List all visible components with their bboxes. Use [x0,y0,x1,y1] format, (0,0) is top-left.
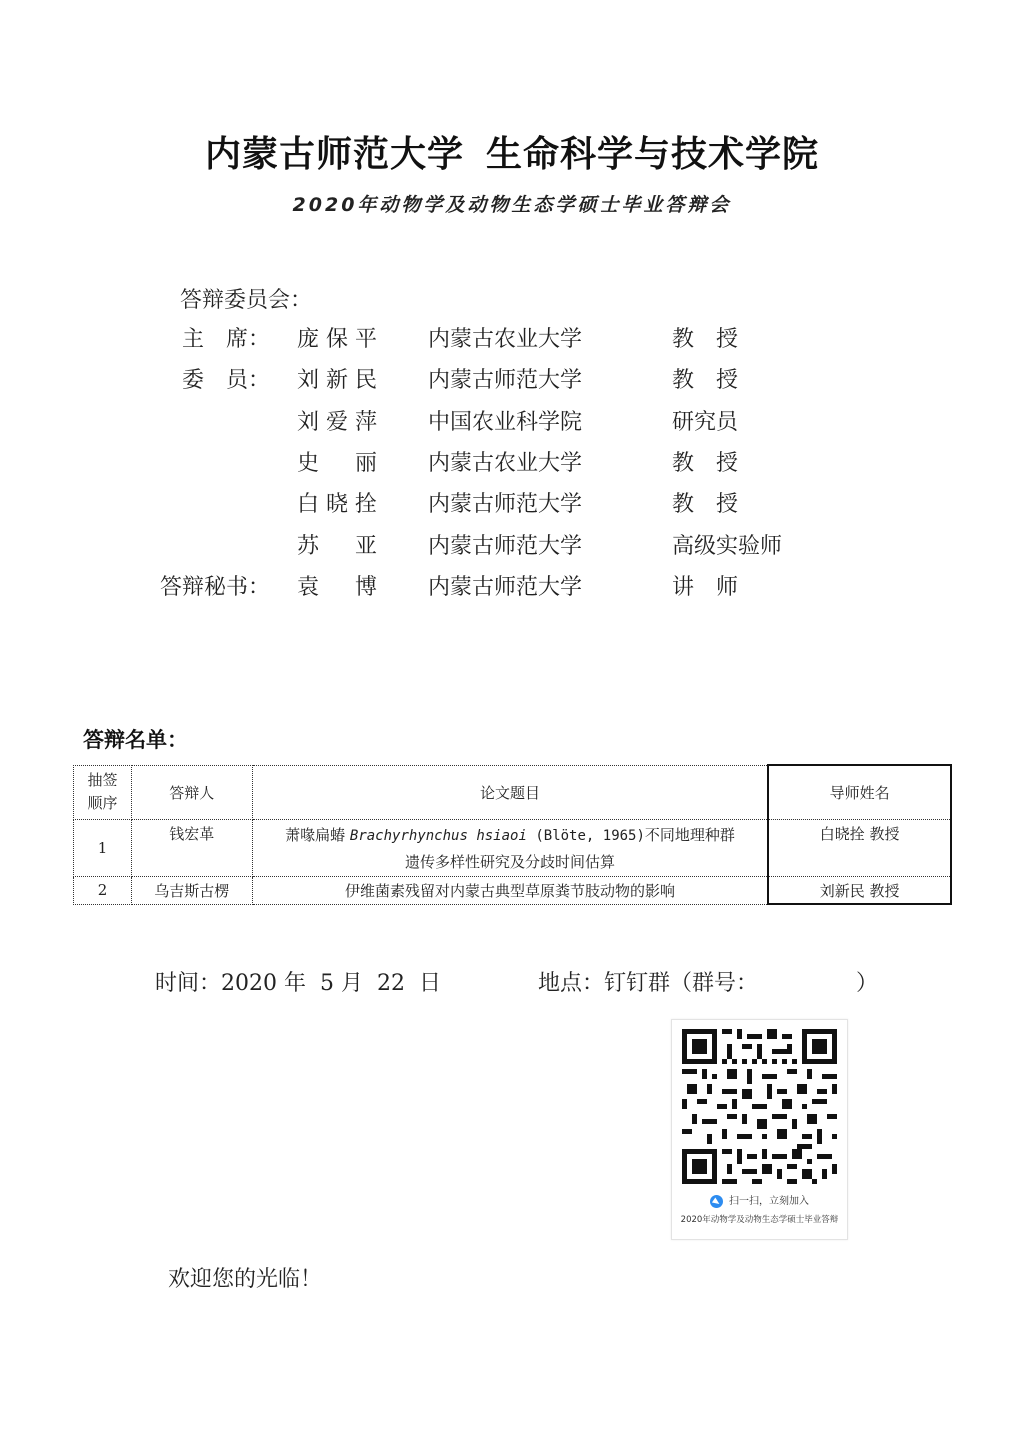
time-value: 2020 年 5 月 22 日 [221,971,441,996]
member-title: 讲 师 [672,570,738,601]
dingtalk-icon [710,1195,723,1208]
committee-label: 答辩委员会： [180,283,312,314]
species-name: Brachyrhynchus hsiaoi [350,828,527,844]
location-value: 钉钉群（群号： [604,971,758,996]
college-name: 生命科学与技术学院 [486,134,819,175]
committee-member: 苏 亚 内蒙古师范大学 高级实验师 [0,529,1024,559]
member-institution: 内蒙古农业大学 [428,446,582,477]
table-header-row: 抽签 顺序 答辩人 论文题目 导师姓名 [74,765,952,820]
page-title: 内蒙古师范大学生命科学与技术学院 [0,126,1024,177]
welcome-message: 欢迎您的光临！ [168,1262,322,1293]
location-info: 地点：钉钉群（群号： [538,966,758,997]
member-title: 教 授 [672,487,738,518]
member-role: 主 席： [182,322,270,353]
cell-candidate: 乌吉斯古楞 [131,877,252,905]
committee-member: 白晓拴 内蒙古师范大学 教 授 [0,487,1024,517]
location-label: 地点： [538,971,604,996]
committee-member: 答辩秘书： 袁 博 内蒙古师范大学 讲 师 [0,570,1024,600]
defense-list-label: 答辩名单： [83,724,188,754]
member-institution: 内蒙古师范大学 [428,529,582,560]
member-name: 刘新民 [297,363,377,394]
cell-order: 1 [74,820,132,877]
member-name: 刘爱萍 [297,405,377,436]
time-label: 时间： [155,971,221,996]
member-institution: 内蒙古农业大学 [428,322,582,353]
table-row: 1 钱宏革 萧喙扁蝽 Brachyrhynchus hsiaoi (Blöte,… [74,820,952,877]
qr-code[interactable] [682,1029,837,1184]
member-title: 高级实验师 [672,529,782,560]
header-order: 抽签 顺序 [74,765,132,820]
committee-member: 主 席： 庞保平 内蒙古农业大学 教 授 [0,322,1024,352]
member-institution: 内蒙古师范大学 [428,570,582,601]
cell-order: 2 [74,877,132,905]
member-name: 袁 博 [297,570,377,601]
member-institution: 中国农业科学院 [428,405,582,436]
member-name: 苏 亚 [297,529,377,560]
cell-advisor: 刘新民 教授 [768,877,951,905]
member-institution: 内蒙古师范大学 [428,487,582,518]
header-candidate: 答辩人 [131,765,252,820]
header-thesis: 论文题目 [252,765,768,820]
defense-table: 抽签 顺序 答辩人 论文题目 导师姓名 1 钱宏革 萧喙扁蝽 Brachyrhy… [73,764,952,905]
table-row: 2 乌吉斯古楞 伊维菌素残留对内蒙古典型草原粪节肢动物的影响 刘新民 教授 [74,877,952,905]
committee-member: 刘爱萍 中国农业科学院 研究员 [0,405,1024,435]
qr-group-name: 2020年动物学及动物生态学硕士毕业答辩 [666,1213,853,1225]
cell-thesis: 萧喙扁蝽 Brachyrhynchus hsiaoi (Blöte, 1965)… [252,820,768,877]
member-title: 教 授 [672,322,738,353]
committee-member: 史 丽 内蒙古农业大学 教 授 [0,446,1024,476]
location-close-paren: ） [856,966,878,997]
committee-member: 委 员： 刘新民 内蒙古师范大学 教 授 [0,363,1024,393]
member-name: 史 丽 [297,446,377,477]
qr-caption: 扫一扫，立刻加入 [672,1192,847,1208]
member-title: 教 授 [672,446,738,477]
cell-candidate: 钱宏革 [131,820,252,877]
cell-advisor: 白晓拴 教授 [768,820,951,877]
member-name: 庞保平 [297,322,377,353]
header-advisor: 导师姓名 [768,765,951,820]
cell-thesis: 伊维菌素残留对内蒙古典型草原粪节肢动物的影响 [252,877,768,905]
event-subtitle: 2020年动物学及动物生态学硕士毕业答辩会 [0,190,1024,217]
member-role: 委 员： [182,363,270,394]
qr-code-card[interactable]: 扫一扫，立刻加入 2020年动物学及动物生态学硕士毕业答辩 [671,1019,848,1240]
member-title: 教 授 [672,363,738,394]
member-institution: 内蒙古师范大学 [428,363,582,394]
university-name: 内蒙古师范大学 [205,134,464,175]
member-title: 研究员 [672,405,738,436]
time-info: 时间：2020 年 5 月 22 日 [155,966,441,997]
member-name: 白晓拴 [297,487,377,518]
member-role: 答辩秘书： [160,570,270,601]
